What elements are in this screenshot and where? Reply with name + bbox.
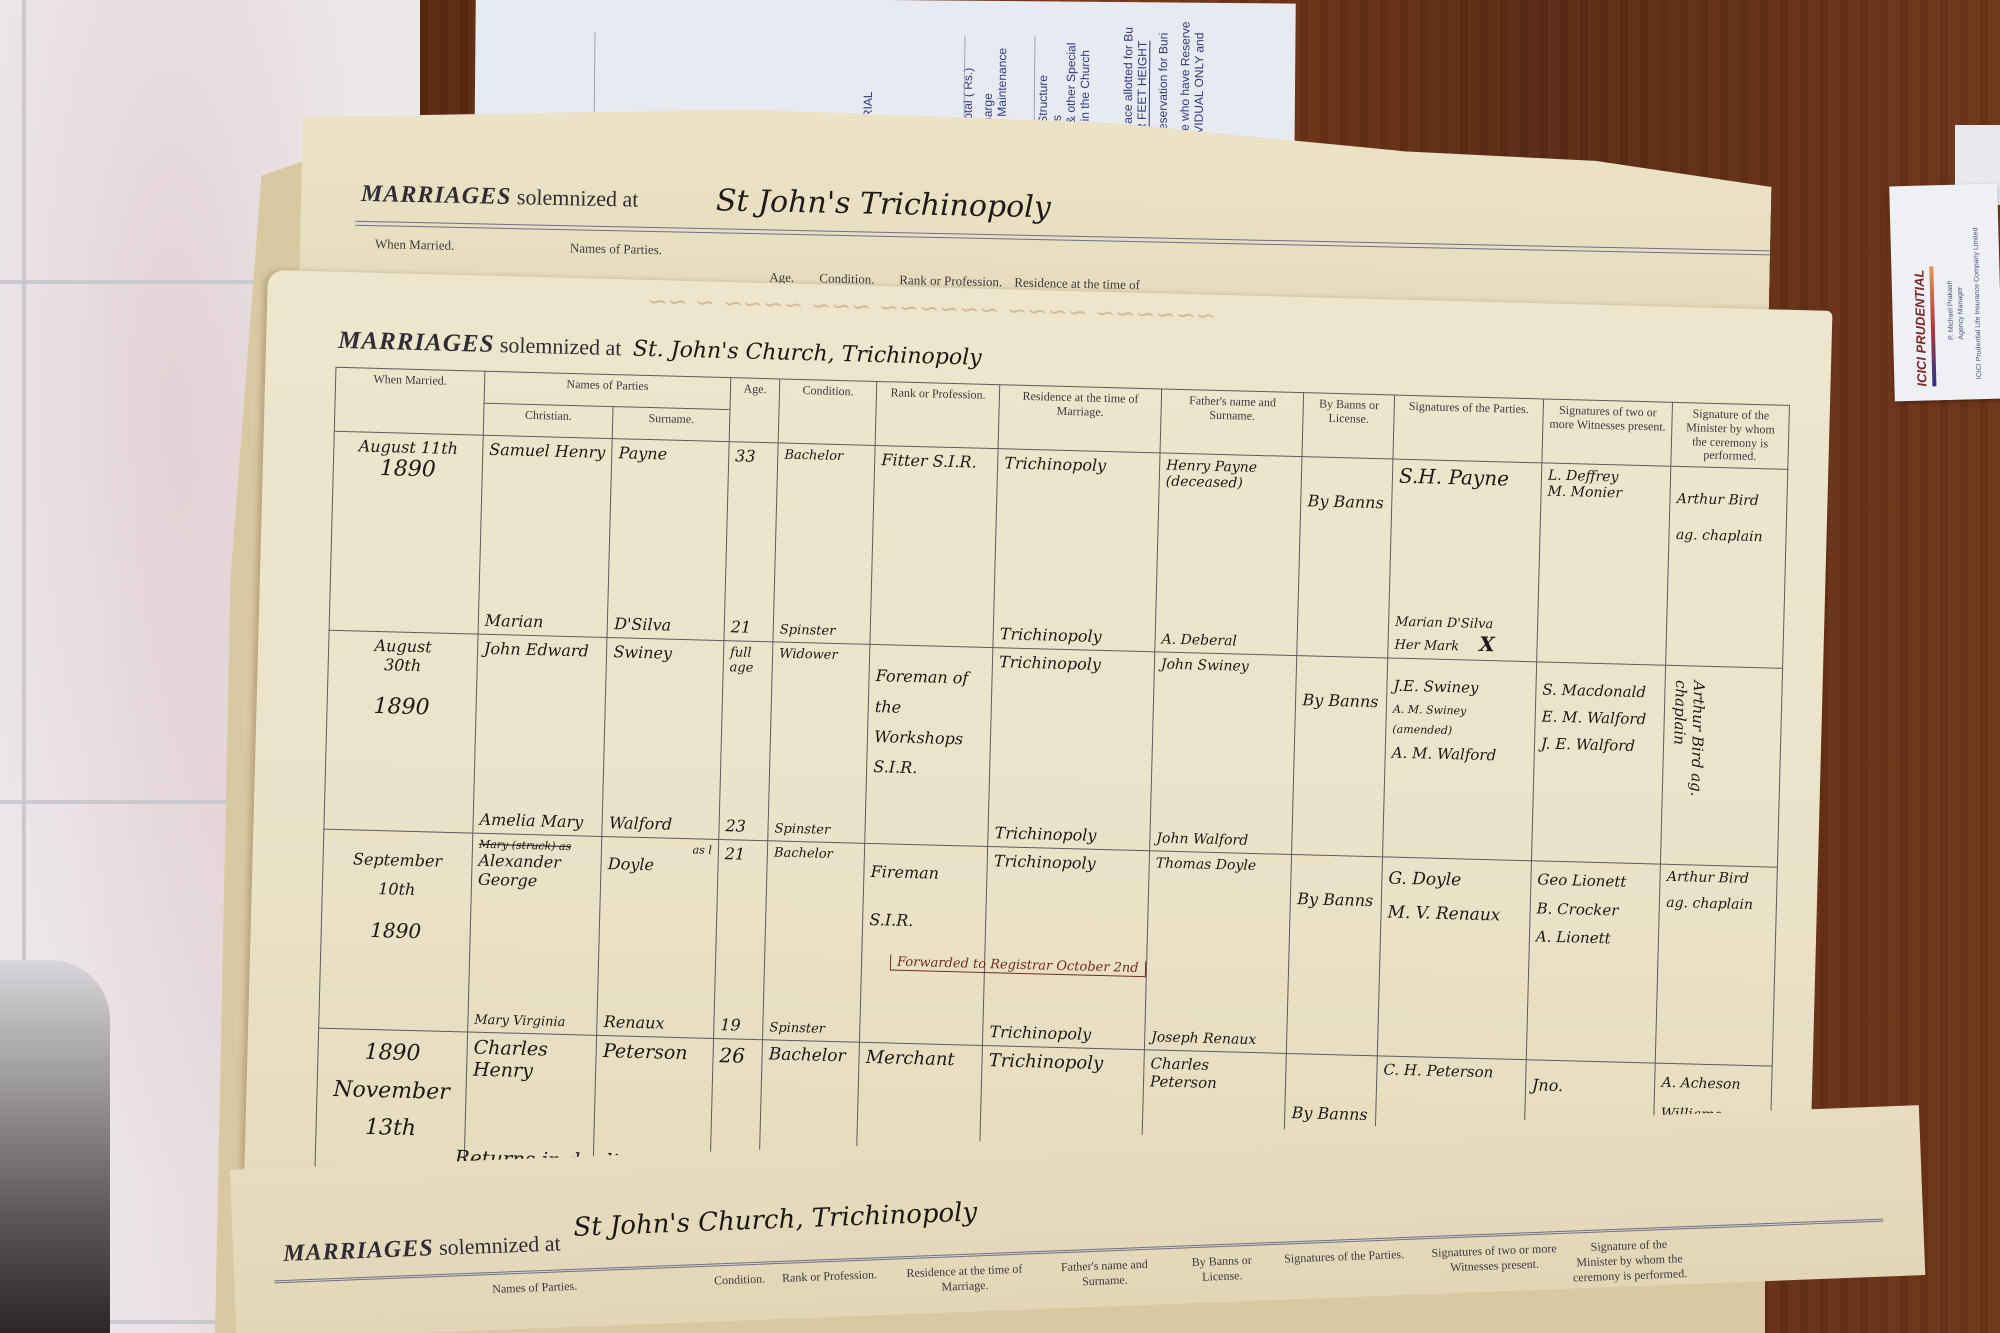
age-cell: 3321 — [724, 442, 778, 642]
col-minister: Signature of the Minister by whom the ce… — [1671, 402, 1789, 469]
signatures-cell: J.E. SwineyA. M. Swiney (amended)A. M. W… — [1383, 658, 1537, 861]
christian-cell: John EdwardAmelia Mary — [473, 634, 608, 836]
card-name: P. Michael Prakash — [1947, 280, 1956, 340]
column-header: Residence at the time of Marriage. — [894, 1261, 1035, 1296]
col-witnesses: Signatures of two or more Witnesses pres… — [1542, 399, 1673, 467]
table-row: August 11th1890 Samuel HenryMarian Payne… — [329, 431, 1788, 668]
rank-cell: Foreman of the Workshops S.I.R. — [865, 645, 993, 847]
col-condition: Condition. — [778, 379, 877, 446]
col-banns: By Banns or License. — [1302, 393, 1394, 460]
column-header: Names of Parties. — [570, 240, 662, 258]
table-row: September10th1890 Mary (struck) asAlexan… — [319, 829, 1778, 1066]
shoe-shadow — [0, 960, 110, 1333]
card-brand: ICICI PRUDENTIAL — [1911, 270, 1929, 387]
minister-cell: Arthur Birdag. chaplain — [1666, 466, 1788, 668]
christian-cell: Samuel HenryMarian — [478, 435, 613, 637]
register-title: MARRIAGES solemnized at St. John's Churc… — [338, 327, 982, 372]
col-residence: Residence at the time of Marriage. — [998, 385, 1161, 453]
father-cell: Thomas DoyleJoseph Renaux — [1144, 851, 1292, 1054]
printed-suffix: solemnized at — [500, 332, 622, 360]
card-company: ICICI Prudential Life Insurance Company … — [1972, 227, 1983, 379]
condition-cell: WidowerSpinster — [768, 642, 870, 843]
col-signatures-parties: Signatures of the Parties. — [1393, 395, 1544, 463]
witnesses-cell: Geo LionettB. CrockerA. Lionett — [1526, 861, 1661, 1063]
when-married-cell: September10th1890 — [319, 829, 473, 1032]
minister-cell: Arthur Bird ag. chaplain — [1661, 665, 1783, 867]
when-married-cell: August 11th1890 — [329, 431, 483, 634]
header-rule — [355, 221, 1770, 256]
column-header: Father's name and Surname. — [1044, 1256, 1165, 1291]
condition-cell: BachelorSpinster — [773, 443, 875, 644]
when-married-cell: August30th1890 — [324, 630, 478, 833]
witnesses-cell: S. MacdonaldE. M. WalfordJ. E. Walford — [1531, 662, 1666, 864]
signatures-cell: S.H. PayneMarian D'SilvaHer MarkX — [1388, 459, 1542, 662]
col-rank: Rank or Profession. — [875, 381, 1000, 448]
column-header: Signatures of the Parties. — [1274, 1247, 1414, 1267]
col-when-married: When Married. — [334, 367, 485, 435]
next-page-place: St John's Church, Trichinopoly — [573, 1197, 978, 1242]
signatures-cell: G. DoyleM. V. Renaux — [1377, 857, 1531, 1060]
surname-cell: as lDoyleRenaux — [597, 837, 719, 1039]
condition-cell: BachelorSpinster — [763, 841, 865, 1042]
column-header: Condition. — [704, 1271, 775, 1289]
rank-cell: Fireman S.I.R. — [860, 844, 988, 1046]
page-behind-place: St John's Trichinopoly — [716, 183, 1052, 225]
column-header: Names of Parties. — [465, 1278, 605, 1298]
christian-cell: Mary (struck) asAlexander GeorgeMary Vir… — [468, 833, 603, 1035]
col-christian: Christian. — [483, 403, 613, 438]
residence-cell: TrichinopolyTrichinopoly — [993, 449, 1160, 652]
banns-cell: By Banns — [1297, 457, 1393, 658]
age-cell: 2119 — [713, 840, 767, 1040]
column-header: Rank or Profession. — [779, 1267, 880, 1286]
age-cell: full age23 — [719, 641, 773, 841]
banns-cell: By Banns — [1287, 855, 1383, 1056]
column-header: By Banns or License. — [1184, 1253, 1260, 1286]
card-brand-bar — [1929, 266, 1936, 386]
rank-cell: Fitter S.I.R. — [870, 446, 998, 648]
residence-cell: TrichinopolyTrichinopoly — [988, 648, 1155, 851]
banns-cell: By Banns — [1292, 656, 1388, 857]
father-cell: John SwineyJohn Walford — [1150, 652, 1298, 855]
column-header: Signatures of two or more Witnesses pres… — [1429, 1241, 1560, 1276]
page-behind-title: MARRIAGES solemnized at — [361, 181, 639, 214]
register-page-main: ~~ ~ ~~~~ ~~~ ~~~~~~ ~~~~ ~~~~~~ MARRIAG… — [244, 270, 1832, 1211]
handwritten-place: St. John's Church, Trichinopoly — [633, 337, 982, 371]
col-surname: Surname. — [613, 407, 730, 442]
minister-cell: Arthur Birdag. chaplain — [1656, 864, 1778, 1066]
column-header: When Married. — [375, 236, 455, 254]
card-role: Agency Manager — [1957, 287, 1965, 340]
witnesses-cell: L. DeffreyM. Monier — [1537, 463, 1672, 665]
printed-title: MARRIAGES — [338, 327, 495, 358]
mark-x: X — [1479, 632, 1495, 656]
residence-cell: TrichinopolyTrichinopoly — [983, 847, 1150, 1050]
column-header: Signature of the Minister by whom the ce… — [1569, 1236, 1691, 1286]
col-father: Father's name and Surname. — [1160, 389, 1304, 457]
father-cell: Henry Payne (deceased)A. Deberal — [1155, 453, 1303, 656]
col-age: Age. — [729, 378, 780, 443]
ink-bleed-through: ~~ ~ ~~~~ ~~~ ~~~~~~ ~~~~ ~~~~~~ — [647, 288, 1216, 331]
surname-cell: PayneD'Silva — [607, 439, 729, 641]
business-card: ICICI PRUDENTIAL P. Michael Prakash Agen… — [1889, 184, 2000, 402]
surname-cell: SwineyWalford — [602, 638, 724, 840]
table-row: August30th1890 John EdwardAmelia Mary Sw… — [324, 630, 1783, 867]
